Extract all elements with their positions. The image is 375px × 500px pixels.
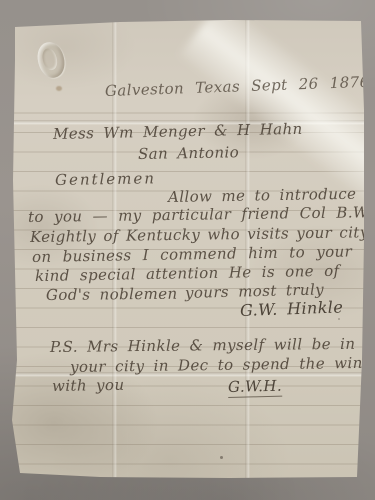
embossed-seal-icon — [34, 39, 68, 80]
letter-salutation: Gentlemen — [55, 169, 156, 189]
embossed-seal-inner — [40, 47, 59, 72]
paper-speck — [220, 456, 223, 459]
letter-paper: Galveston Texas Sept 26 1876 Mess Wm Men… — [12, 20, 364, 478]
letter-postscript-line: P.S. Mrs Hinkle & myself will be in — [50, 335, 356, 356]
letter-address-city: San Antonio — [138, 143, 239, 163]
paper-stain — [56, 86, 62, 91]
letter-signature: G.W. Hinkle — [240, 297, 344, 320]
letter-ps-initials: G.W.H. — [228, 377, 283, 398]
letter-body-line: God's noblemen — [46, 285, 178, 304]
paper-speck — [338, 318, 340, 320]
letter-photo-background: Galveston Texas Sept 26 1876 Mess Wm Men… — [0, 0, 375, 500]
letter-postscript-line: with you — [52, 376, 125, 395]
